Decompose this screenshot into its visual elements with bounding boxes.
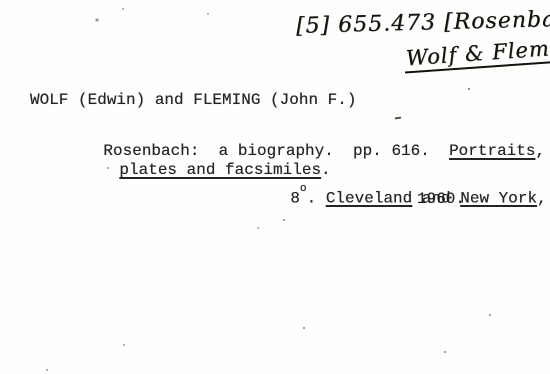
scan-specks — [0, 0, 2, 2]
format-separator: . — [307, 189, 326, 207]
year-line: 1960. — [417, 191, 465, 207]
imprint-place-new-york: New York — [460, 189, 537, 207]
title-underlined-portraits: Portraits — [449, 142, 535, 160]
handwritten-shelfmark: [5] 655.473 [Rosenbach- — [296, 8, 550, 38]
author-line: WOLF (Edwin) and FLEMING (John F.) — [30, 92, 356, 108]
catalog-card: [5] 655.473 [Rosenbach- Wolf & Fleming W… — [0, 0, 550, 374]
imprint-place-cleveland: Cleveland — [326, 189, 412, 207]
stray-mark — [395, 117, 401, 120]
format-number: 8 — [290, 189, 300, 207]
imprint-line: 8o. Cleveland and New York, — [252, 173, 547, 222]
imprint-punctuation: , — [537, 189, 547, 207]
handwritten-heading: Wolf & Fleming — [403, 36, 550, 74]
format-degree-mark: o — [300, 183, 307, 195]
title-punctuation: , — [535, 142, 545, 160]
